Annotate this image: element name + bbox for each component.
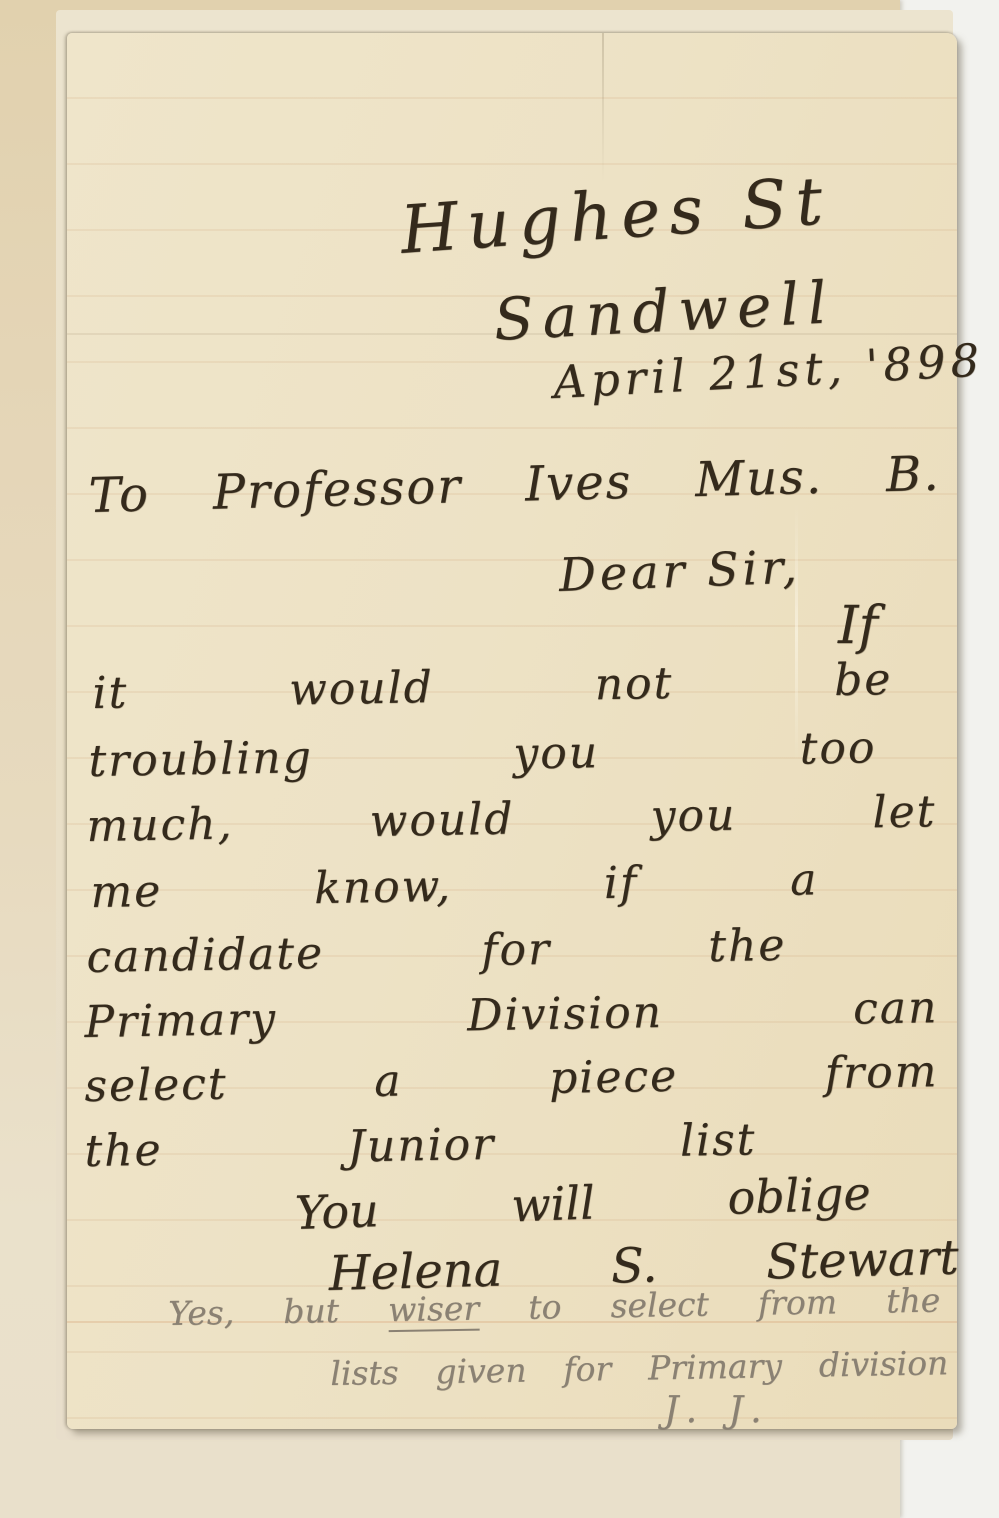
- pencil-annotation-underlined-word: wiser: [388, 1289, 480, 1333]
- paper-crease-vertical: [602, 33, 604, 183]
- pencil-annotation-pre: Yes, but: [168, 1290, 388, 1333]
- pencil-annotation-initials: J. J.: [664, 1390, 772, 1431]
- salutation: Dear Sir,: [558, 540, 802, 602]
- letter-scan-page: Hughes St Sandwell April 21st, '898 To P…: [0, 0, 999, 1518]
- pencil-annotation-post: to select from the: [479, 1281, 941, 1328]
- body-line-1: If: [838, 596, 878, 656]
